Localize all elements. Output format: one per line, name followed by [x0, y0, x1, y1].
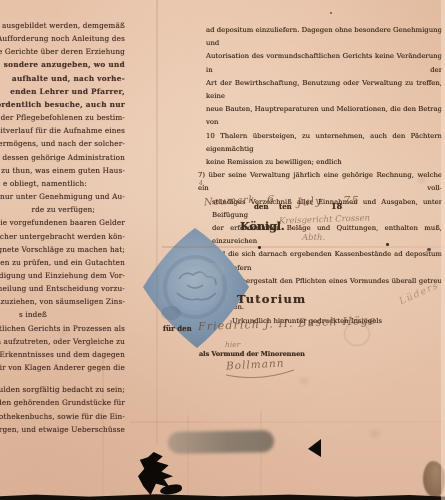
left-page-line: lien zu prüfen, und ein Gutachten	[0, 256, 125, 269]
left-page-line: einzuziehen, von säumseligen Zins-	[0, 295, 125, 308]
fold-crease-horizontal-lower	[130, 421, 445, 423]
left-page-line: urtheilung und Entscheidung vorzu-	[0, 282, 125, 295]
ink-speck	[386, 243, 389, 246]
left-page-line: icht ausgebildet werden, demgemäß	[0, 19, 125, 32]
left-page-line: art der Pflegebefohlenen zu bestim-	[0, 111, 125, 124]
left-page-line: geeignete Vorschläge zu machen hat;	[0, 243, 125, 256]
foxing-spot	[60, 330, 66, 336]
paragraph-line: Art der Bewirthschaftung, Benutzung oder…	[197, 77, 442, 103]
left-page-line: e obliegt, namentlich:	[0, 177, 87, 190]
authority-handwriting-2: Abth.	[302, 233, 325, 243]
page-edge-highlight	[441, 0, 445, 500]
left-page-line: r Aufforderung noch Anleitung des	[0, 32, 125, 45]
vormund-label: als Vormund der Minorennen	[199, 350, 305, 358]
embossed-notary-ring	[344, 322, 370, 346]
foxing-spot	[300, 378, 308, 384]
left-page-line: die vorgefundenen baaren Gelder	[0, 216, 125, 229]
left-page-line: digung und Einziehung dem Vor-	[0, 269, 125, 282]
left-page-line: enden Lehrer und Pfarrer,	[0, 85, 125, 98]
foxing-spot	[370, 430, 380, 437]
left-page-line: u sorgen, und etwaige Ueberschüsse	[0, 423, 125, 436]
left-page-line: Zeitverlauf für die Aufnahme eines	[0, 124, 125, 137]
left-page-line: aufhalte und, nach vorhe-	[0, 72, 125, 85]
day-handwriting: 6	[267, 193, 274, 206]
tick-mark-handwriting: 4,	[199, 180, 205, 187]
paragraph-line: keine Remission zu bewilligen; endlich	[197, 156, 442, 169]
fold-crease-vertical	[156, 0, 158, 445]
seal-shading-patch	[161, 306, 181, 320]
left-page-line: ypothekenbuchs, sowie für die Ein-	[0, 410, 125, 423]
ink-speck	[330, 12, 332, 14]
paragraph-line: 10 Thalern übersteigen, zu unternehmen, …	[197, 130, 442, 156]
left-page-line: s Erkenntnisses und dem dagegen	[0, 348, 125, 361]
year-handwriting: 75	[343, 193, 360, 207]
left-page-line: rauden gehörenden Grundstücke für	[0, 396, 125, 409]
left-page-line: rde zu verfügen;	[0, 203, 95, 216]
fuer-den-label: für den	[163, 324, 192, 333]
tear-mark	[308, 439, 321, 457]
left-page-line: ordentlich besuche, auch nur	[0, 98, 125, 111]
left-page-line: r dessen gehörige Administration	[0, 151, 125, 164]
paragraph-line: ad depositum einzuliefern. Dagegen ohne …	[197, 24, 442, 50]
left-page-line: , nur unter Genehmigung und Au-	[0, 190, 125, 203]
paragraph-line: 7) über seine Verwaltung jährlich eine g…	[197, 169, 442, 195]
tutorium-title: Tutorium	[237, 292, 306, 306]
left-page-line: n Schulden sorgfältig bedacht zu sein;	[0, 383, 125, 396]
seal-highlight-patch	[201, 263, 225, 279]
fold-crease-vertical-right	[260, 410, 262, 500]
ink-speck	[427, 248, 431, 251]
scanned-document-page: { "document_type": "Tutorium (guardiansh…	[0, 0, 445, 500]
left-page-line: en Vermögens, und nach der solcher-	[0, 137, 125, 150]
bottom-tear-strip	[0, 493, 445, 500]
left-page-line: sondere anzugeben, wo und	[0, 58, 125, 71]
left-page-line: ter sicher untergebracht werden kön-	[0, 230, 125, 243]
fold-crease-vertical-left	[102, 360, 104, 500]
left-page-line: eir von Klagen Anderer gegen die	[0, 361, 125, 374]
left-page-line: tliche Gerichte über deren Erziehung	[0, 45, 125, 58]
fold-crease-vertical-mid	[187, 415, 189, 500]
gray-smudge-stain	[168, 430, 274, 454]
foxing-spot	[418, 176, 425, 183]
left-page-line: s indeß	[0, 308, 47, 321]
insert-handwriting: hier	[225, 340, 240, 349]
paragraph-line: Autorisation des vormundschaftlichen Ger…	[197, 50, 442, 76]
fold-crease-horizontal	[162, 246, 445, 248]
left-page-line: n aufzutreten, oder Vergleiche zu	[0, 335, 125, 348]
century-label: 18	[331, 201, 342, 211]
month-handwriting: July	[297, 194, 323, 209]
signature-flourish	[224, 369, 296, 379]
left-page-line: zu thun, was einem guten Haus-	[0, 164, 125, 177]
ten-label: ten	[279, 202, 292, 211]
left-page-column: icht ausgebildet werden, demgemäßr Auffo…	[0, 19, 125, 436]
paragraph-line: neue Bauten, Hauptreparaturen und Melior…	[197, 103, 442, 129]
ink-speck	[258, 246, 261, 249]
